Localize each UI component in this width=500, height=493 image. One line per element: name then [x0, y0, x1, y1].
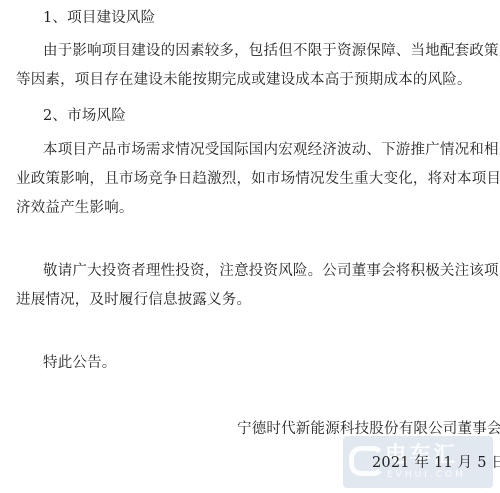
notice-paragraph-line-2: 进展情况，及时履行信息披露义务。 [16, 290, 251, 310]
closing-statement: 特此公告。 [43, 353, 117, 373]
section2-paragraph-line-2: 业政策影响，且市场竞争日趋激烈，如市场情况发生重大变化，将对本项目的经 [16, 169, 500, 189]
section2-heading: 2、市场风险 [43, 106, 126, 126]
section2-paragraph-line-1: 本项目产品市场需求情况受国际国内宏观经济波动、下游推广情况和相关产 [43, 140, 500, 160]
section1-paragraph-line-2: 等因素，项目存在建设未能按期完成或建设成本高于预期成本的风险。 [16, 70, 472, 90]
notice-paragraph-line-1: 敬请广大投资者理性投资，注意投资风险。公司董事会将积极关注该项目的 [43, 261, 500, 281]
section2-paragraph-line-3: 济效益产生影响。 [16, 198, 134, 218]
section1-heading: 1、项目建设风险 [43, 8, 155, 28]
section1-paragraph-line-1: 由于影响项目建设的因素较多，包括但不限于资源保障、当地配套政策支持 [43, 41, 500, 61]
document-date: 2021 年 11 月 5 日 [372, 453, 500, 473]
